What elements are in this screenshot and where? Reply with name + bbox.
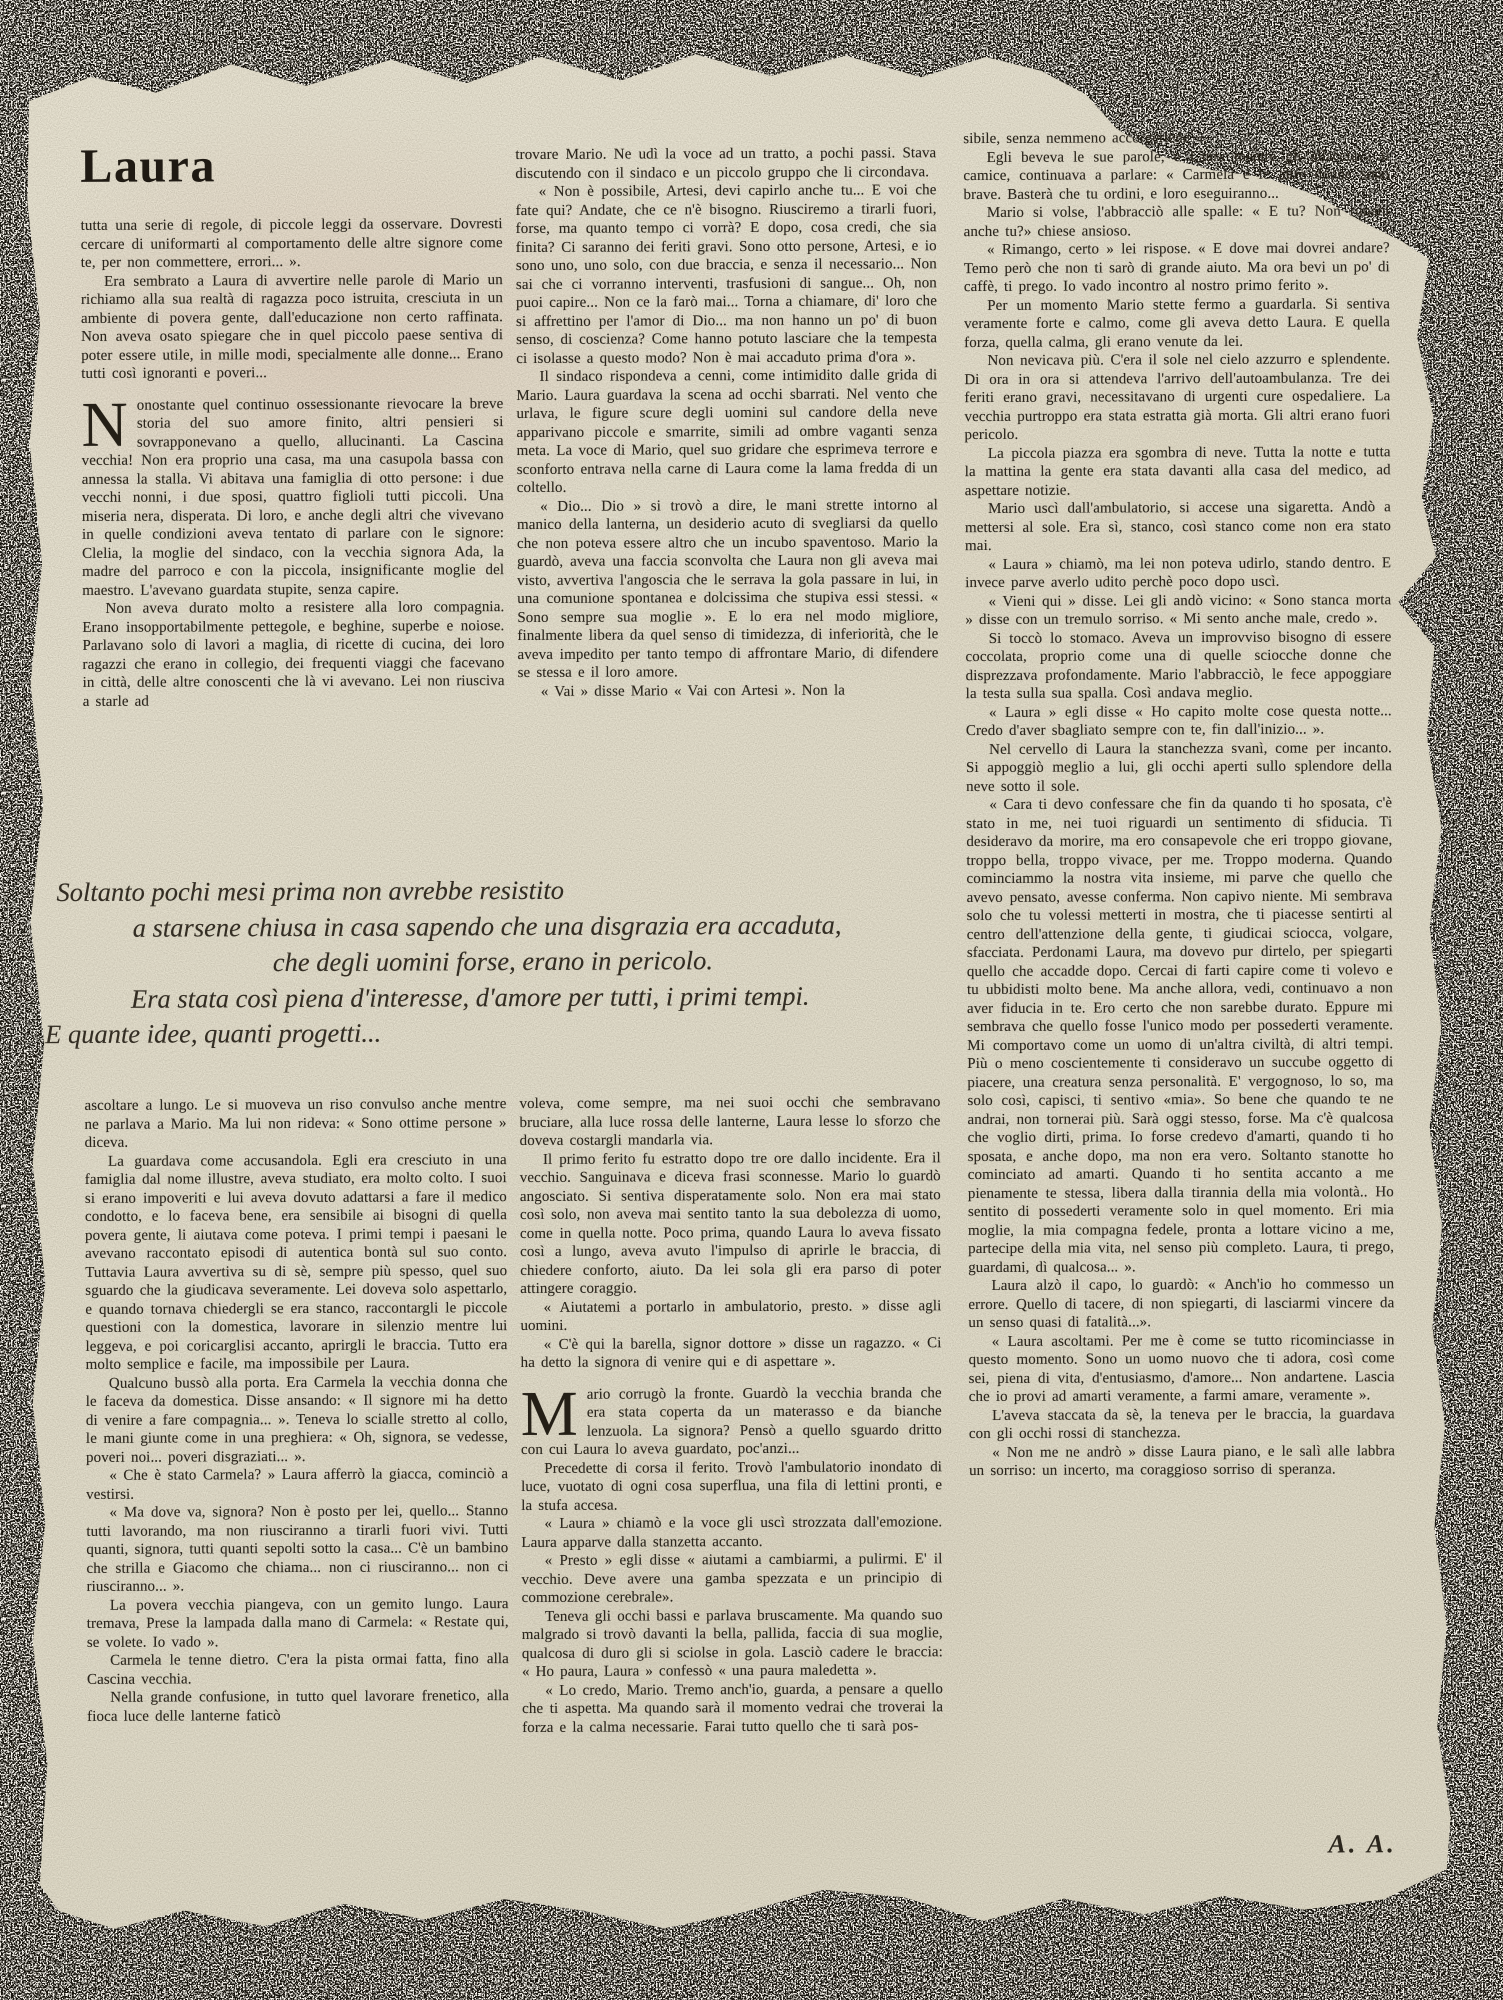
magazine-page: Laura tutta una serie di regole, di picc… <box>0 0 1503 2000</box>
paragraph: La guardava come accusandola. Egli era c… <box>85 1151 508 1375</box>
pull-quote-line: Soltanto pochi mesi prima non avrebbe re… <box>44 872 854 911</box>
paragraph: Nella grande confusione, in tutto quel l… <box>87 1687 509 1726</box>
paragraph: Qualcuno bussò alla porta. Era Carmela l… <box>86 1373 508 1467</box>
page-title: Laura <box>80 138 216 194</box>
paragraph: Per un momento Mario stette fermo a guar… <box>964 295 1390 352</box>
dropcap-letter-n: N <box>81 396 137 449</box>
paragraph: « Vieni qui » disse. Lei gli andò vicino… <box>965 591 1391 630</box>
paragraph: Il sindaco rispondeva a cenni, come inti… <box>516 366 938 497</box>
pull-quote-line: che degli uomini forse, erano in pericol… <box>45 943 855 982</box>
column-2-top: trovare Mario. Ne udì la voce ad un trat… <box>515 144 939 868</box>
pull-quote: Soltanto pochi mesi prima non avrebbe re… <box>44 872 855 1072</box>
column-1-bottom: ascoltare a lungo. Le si muoveva un riso… <box>84 1095 509 1897</box>
paragraph: ascoltare a lungo. Le si muoveva un riso… <box>84 1095 506 1152</box>
paragraph: sibile, senza nemmeno accorgertene ». <box>963 128 1389 148</box>
paragraph: « Rimango, certo » lei rispose. « E dove… <box>964 239 1390 296</box>
paragraph: Laura alzò il capo, lo guardò: « Anch'io… <box>968 1275 1394 1332</box>
paragraph: « Laura ascoltami. Per me è come se tutt… <box>968 1331 1394 1407</box>
column-2-bottom: voleva, come sempre, ma nei suoi occhi c… <box>519 1093 943 1887</box>
paragraph: voleva, come sempre, ma nei suoi occhi c… <box>519 1093 940 1150</box>
pull-quote-line: E quante idee, quanti progetti... <box>45 1014 855 1053</box>
paragraph: « Non me ne andrò » disse Laura piano, e… <box>969 1442 1395 1481</box>
paragraph: « Presto » egli disse « aiutami a cambia… <box>521 1550 942 1607</box>
paragraph: « Vai » disse Mario « Vai con Artesi ». … <box>518 681 939 701</box>
paragraph: « C'è qui la barella, signor dottore » d… <box>520 1334 941 1373</box>
paragraph: Mario uscì dall'ambulatorio, si accese u… <box>965 498 1391 555</box>
pull-quote-line: Era stata così piena d'interesse, d'amor… <box>45 978 855 1017</box>
paragraph: Il primo ferito fu estratto dopo tre ore… <box>520 1149 942 1299</box>
page-content: Laura tutta una serie di regole, di picc… <box>0 0 1503 2000</box>
paragraph: « Che è stato Carmela? » Laura afferrò l… <box>86 1465 508 1504</box>
paragraph: Non nevicava più. C'era il sole nel ciel… <box>964 350 1390 444</box>
paragraph: « Laura » egli disse « Ho capito molte c… <box>966 702 1392 741</box>
paragraph: « Aiutatemi a portarlo in ambulatorio, p… <box>520 1297 941 1336</box>
column-3: sibile, senza nemmeno accorgertene ». Eg… <box>963 128 1396 1830</box>
paragraph: La povera vecchia piangeva, con un gemit… <box>87 1595 509 1652</box>
paragraph: L'aveva staccata da sè, la teneva per le… <box>969 1405 1395 1444</box>
paragraph: « Cara ti devo confessare che fin da qua… <box>966 794 1394 1277</box>
paragraph: trovare Mario. Ne udì la voce ad un trat… <box>515 144 936 183</box>
column-1-top: tutta una serie di regole, di piccole le… <box>81 215 506 877</box>
pull-quote-line: a starsene chiusa in casa sapendo che un… <box>45 907 855 946</box>
paragraph: Era sembrato a Laura di avvertire nelle … <box>81 271 503 384</box>
paragraph-dropcap: Mario corrugò la fronte. Guardò la vecch… <box>521 1384 942 1460</box>
paragraph: « Laura » chiamò, ma lei non poteva udir… <box>965 554 1391 593</box>
paragraph-dropcap: Nonostante quel continuo ossessionante r… <box>81 395 504 600</box>
paragraph: Nel cervello di Laura la stanchezza svan… <box>966 739 1392 796</box>
paragraph: Carmela le tenne dietro. C'era la pista … <box>87 1650 509 1689</box>
paragraph: « Dio... Dio » si trovò a dire, le mani … <box>517 496 939 683</box>
paragraph: Precedette di corsa il ferito. Trovò l'a… <box>521 1458 942 1515</box>
paragraph: Teneva gli occhi bassi e parlava bruscam… <box>522 1606 943 1682</box>
paragraph: Si toccò lo stomaco. Aveva un improvviso… <box>965 628 1391 704</box>
dropcap-letter-m: M <box>521 1385 587 1438</box>
paragraph: « Non è possibile, Artesi, devi capirlo … <box>515 181 937 368</box>
paragraph: « Laura » chiamò e la voce gli uscì stro… <box>521 1513 942 1552</box>
paragraph: La piccola piazza era sgombra di neve. T… <box>965 443 1391 500</box>
paragraph: tutta una serie di regole, di piccole le… <box>81 215 503 272</box>
author-initials: A. A. <box>969 1829 1405 1861</box>
paragraph: Non aveva durato molto a resistere alla … <box>82 598 504 711</box>
paragraph: Mario si volse, l'abbracciò alle spalle:… <box>964 202 1390 241</box>
paragraph: « Ma dove va, signora? Non è posto per l… <box>86 1502 508 1596</box>
paragraph: Egli beveva le sue parole, e Laura mentr… <box>963 147 1389 204</box>
paragraph: « Lo credo, Mario. Tremo anch'io, guarda… <box>522 1680 943 1737</box>
